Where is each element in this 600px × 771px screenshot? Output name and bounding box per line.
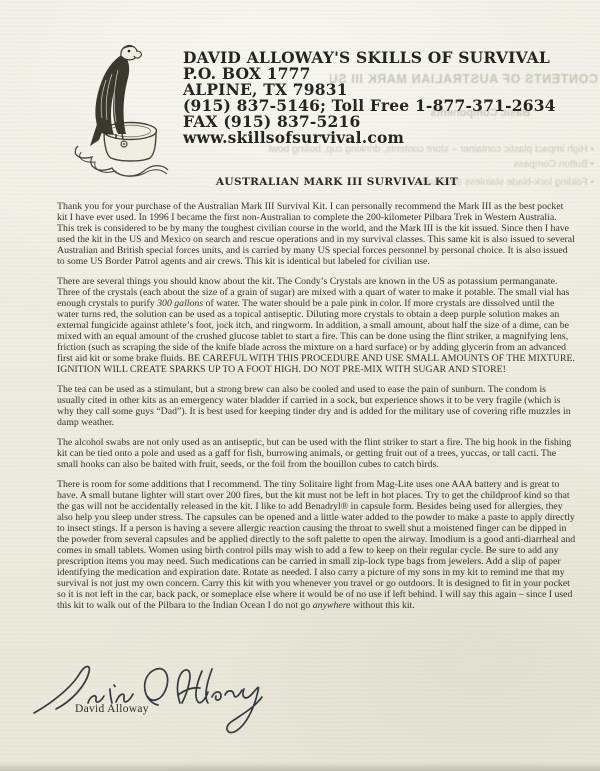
eagle-logo-illustration [66, 40, 176, 184]
letter-paragraph: The alcohol swabs are not only used as a… [57, 437, 576, 470]
handwritten-signature [28, 645, 268, 740]
letter-body: Thank you for your purchase of the Austr… [57, 201, 576, 620]
letterhead-text-block: DAVID ALLOWAY'S SKILLS OF SURVIVAL P.O. … [183, 50, 556, 146]
letter-paragraph: There is room for some additions that I … [57, 479, 576, 611]
website-text: www.skillsofsurvival.com [183, 130, 556, 146]
typed-signer-name: David Alloway [75, 703, 149, 715]
letter-paragraph: Thank you for your purchase of the Austr… [57, 201, 576, 267]
letter-paragraph: The tea can be used as a stimulant, but … [57, 384, 576, 428]
document-title: AUSTRALIAN MARK III SURVIVAL KIT [79, 176, 595, 188]
bleedthrough-bullet-compass: Button Compass [452, 159, 594, 170]
scanned-letter-page: CONTENTS OF AUSTRALIAN MARK III SURVIVAL… [0, 0, 600, 771]
letter-paragraph: There are several things you should know… [57, 276, 576, 375]
